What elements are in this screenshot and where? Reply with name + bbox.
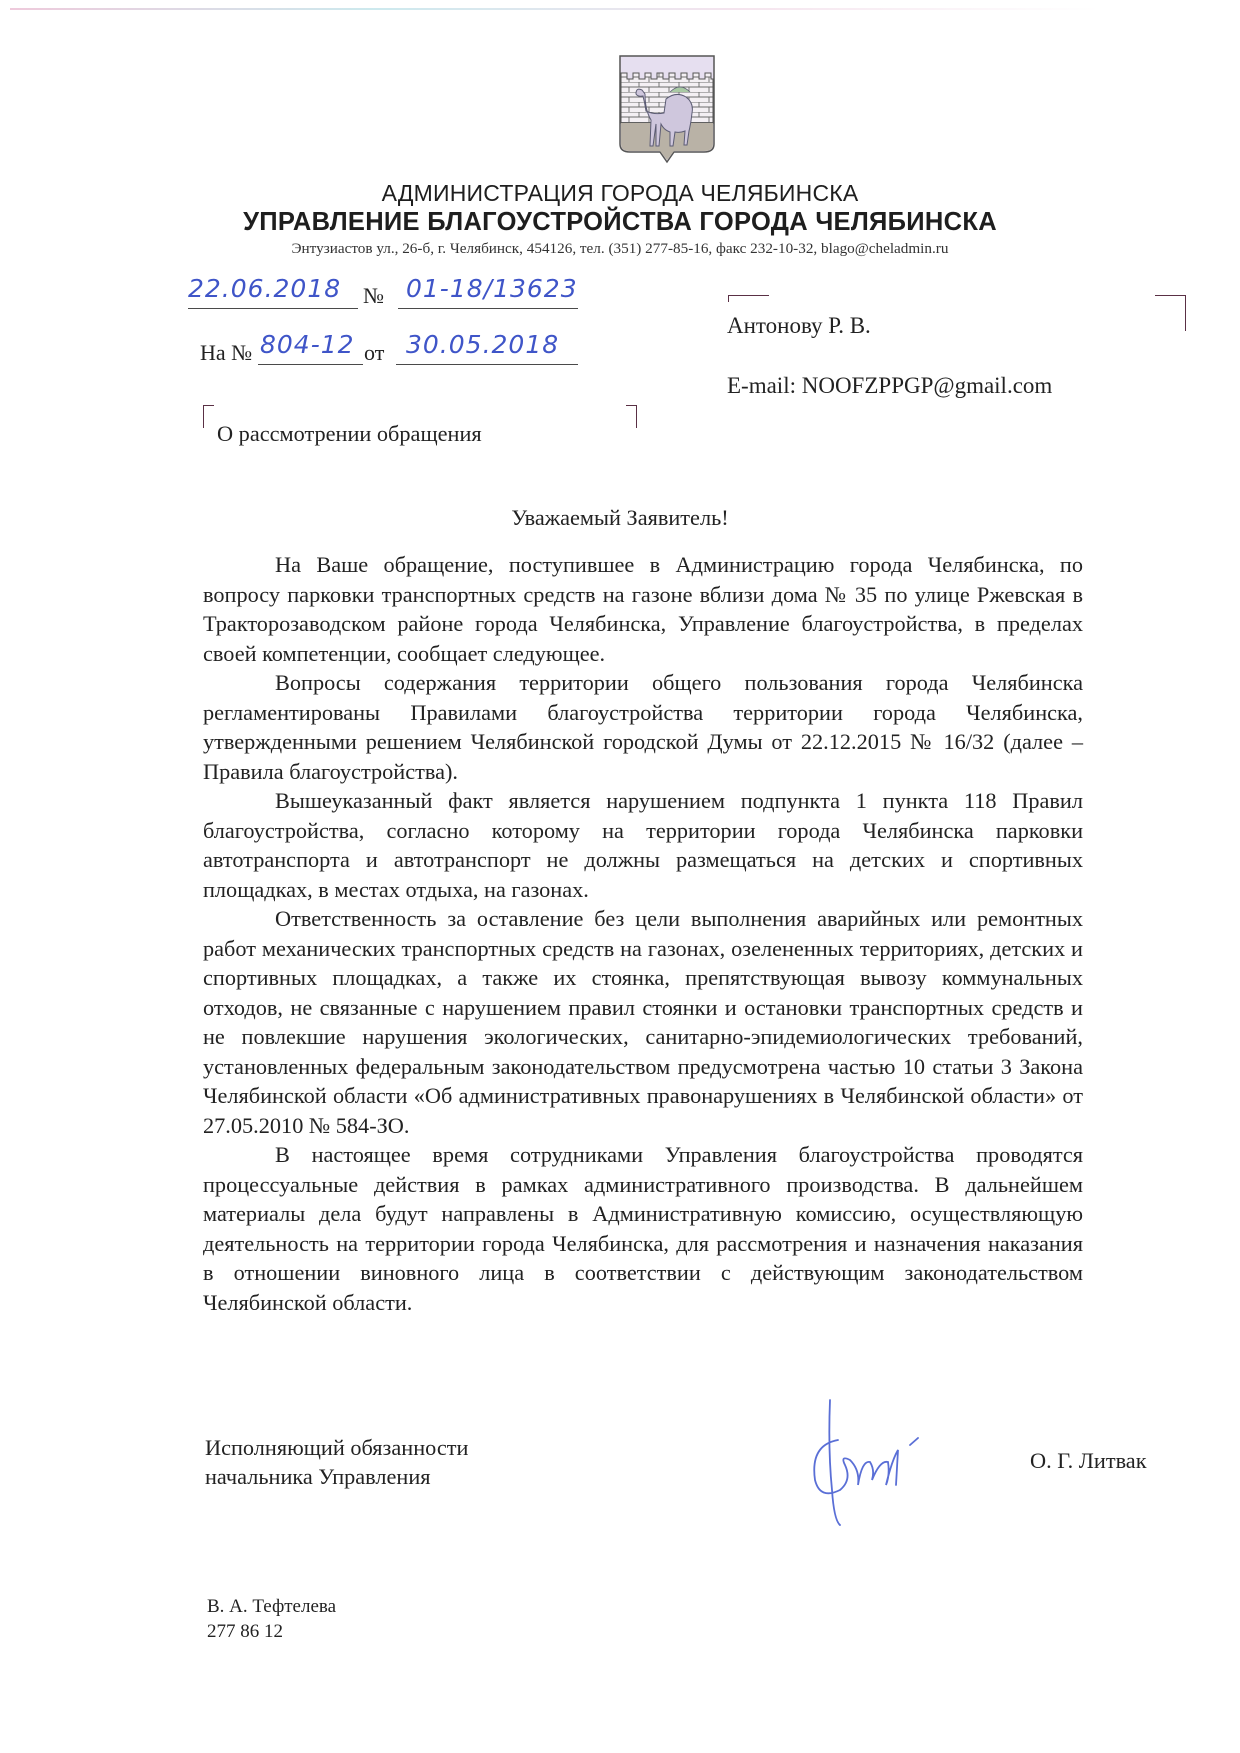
recipient-bracket-left xyxy=(728,295,769,302)
outgoing-date-field: 22.06.2018 xyxy=(188,276,358,309)
reply-to-number: 804-12 xyxy=(260,330,355,359)
coat-of-arms-icon xyxy=(614,52,720,167)
subject-bracket-right xyxy=(626,405,637,428)
organization-address: Энтузиастов ул., 26-б, г. Челябинск, 454… xyxy=(0,240,1240,258)
executor-phone: 277 86 12 xyxy=(207,1619,336,1644)
executor-info: В. А. Тефтелева 277 86 12 xyxy=(207,1594,336,1644)
recipient-bracket-right xyxy=(1155,295,1186,331)
reply-to-date-field: 30.05.2018 xyxy=(396,332,578,365)
organization-name: АДМИНИСТРАЦИЯ ГОРОДА ЧЕЛЯБИНСКА xyxy=(0,180,1240,207)
paragraph-4: Ответственность за оставление без цели в… xyxy=(203,904,1083,1140)
subject-bracket-left xyxy=(203,405,214,428)
outgoing-number: 01-18/13623 xyxy=(406,274,578,303)
reply-to-date: 30.05.2018 xyxy=(406,330,559,359)
paragraph-1: На Ваше обращение, поступившее в Админис… xyxy=(203,550,1083,668)
subject-line: О рассмотрении обращения xyxy=(217,421,482,447)
recipient-name: Антонову Р. В. xyxy=(727,313,871,339)
number-label: № xyxy=(363,283,384,309)
signer-name: О. Г. Литвак xyxy=(1030,1448,1147,1474)
reply-to-number-field: 804-12 xyxy=(258,332,363,365)
department-name: УПРАВЛЕНИЕ БЛАГОУСТРОЙСТВА ГОРОДА ЧЕЛЯБИ… xyxy=(0,208,1240,237)
signer-position-line2: начальника Управления xyxy=(205,1462,468,1491)
signer-position: Исполняющий обязанности начальника Управ… xyxy=(205,1433,468,1491)
recipient-email: E-mail: NOOFZPPGP@gmail.com xyxy=(727,373,1052,399)
paragraph-2: Вопросы содержания территории общего пол… xyxy=(203,668,1083,786)
outgoing-number-field: 01-18/13623 xyxy=(398,276,578,309)
handwritten-signature-icon xyxy=(800,1390,960,1530)
paragraph-3: Вышеуказанный факт является нарушением п… xyxy=(203,786,1083,904)
letter-body: На Ваше обращение, поступившее в Админис… xyxy=(203,550,1083,1317)
paragraph-5: В настоящее время сотрудниками Управлени… xyxy=(203,1140,1083,1317)
reply-to-label: На № xyxy=(200,340,252,366)
greeting: Уважаемый Заявитель! xyxy=(0,505,1240,531)
executor-name: В. А. Тефтелева xyxy=(207,1594,336,1619)
outgoing-date: 22.06.2018 xyxy=(188,274,341,303)
signer-position-line1: Исполняющий обязанности xyxy=(205,1433,468,1462)
scan-edge-artifact xyxy=(10,8,1100,10)
from-label: от xyxy=(364,340,384,366)
